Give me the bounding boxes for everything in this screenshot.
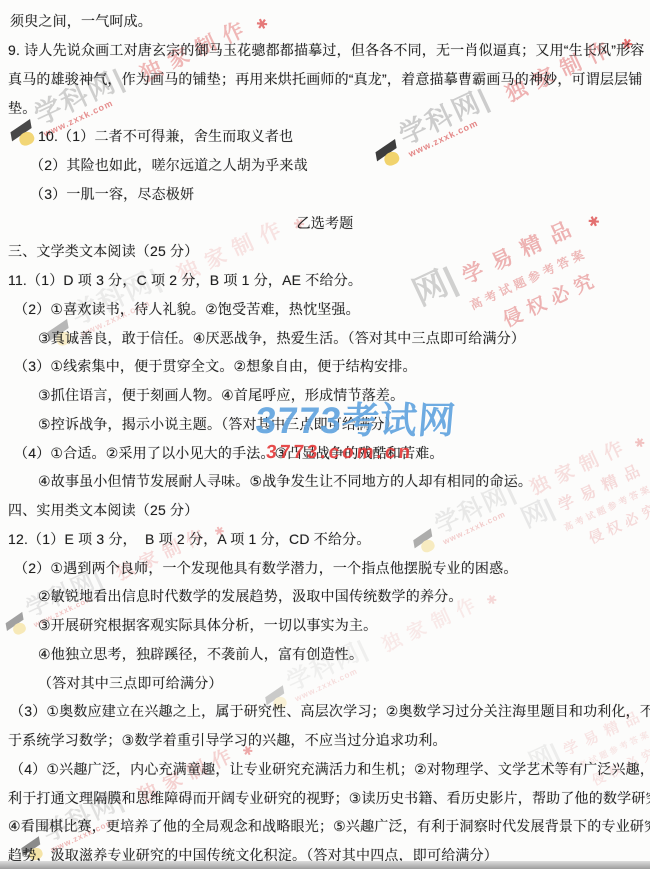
- document-page: 学科网|www.zxxk.com独家制作✱学科网|www.zxxk.com独家制…: [0, 0, 650, 869]
- text-line: ④他独立思考，独辟蹊径，不袭前人，富有创造性。: [0, 640, 650, 669]
- text-line: （4）①合适。②采用了以小见大的手法。③凸显战争的残酷和苦难。: [0, 438, 650, 467]
- text-line: 三、文学类文本阅读（25 分）: [0, 237, 650, 266]
- text-line: ③真诚善良，敢于信任。④厌恶战争，热爱生活。（答对其中三点即可给满分）: [0, 323, 650, 352]
- text-line: （2）其险也如此，嗟尔远道之人胡为乎来哉: [0, 151, 650, 180]
- document-lines: 须臾之间，一气呵成。9. 诗人先说众画工对唐玄宗的御马玉花骢都都描摹过，但各各不…: [0, 0, 650, 869]
- text-line: （3）①奥数应建立在兴趣之上，属于研究性、高层次学习；②奥数学习过分关注海里题目…: [0, 697, 650, 726]
- text-line: 四、实用类文本阅读（25 分）: [0, 496, 650, 525]
- text-line: （2）①遇到两个良师，一个发现他具有数学潜力，一个指点他摆脱专业的困惑。: [0, 553, 650, 582]
- text-line: 12.（1）E 项 3 分， B 项 2 分，A 项 1 分，CD 不给分。: [0, 525, 650, 554]
- text-line: 9. 诗人先说众画工对唐玄宗的御马玉花骢都都描摹过，但各各不同，无一肖似逼真；又…: [0, 36, 650, 65]
- text-line: 真马的雄骏神气，作为画马的铺垫；再用来烘托画师的“真龙”，着意描摹曹霸画马的神妙…: [0, 65, 650, 94]
- text-line: （4）①兴趣广泛，内心充满童趣，让专业研究充满活力和生机；②对物理学、文学艺术等…: [0, 755, 650, 784]
- text-line: ④故事虽小但情节发展耐人寻味。⑤战争发生让不同地方的人却有相同的命运。: [0, 467, 650, 496]
- text-line: （答对其中三点即可给满分）: [0, 668, 650, 697]
- text-line: （3）一肌一容，尽态极妍: [0, 180, 650, 209]
- text-line: 乙选考题: [0, 208, 650, 237]
- text-line: ③开展研究根据客观实际具体分析，一切以事实为主。: [0, 611, 650, 640]
- text-line: ④看围棋比赛，更培养了他的全局观念和战略眼光；⑤兴趣广泛，有利于洞察时代发展背景…: [0, 812, 650, 841]
- text-line: ②敏锐地看出信息时代数学的发展趋势，汲取中国传统数学的养分。: [0, 582, 650, 611]
- text-line: 10.（1）二者不可得兼，舍生而取义者也: [0, 122, 650, 151]
- text-line: 须臾之间，一气呵成。: [0, 7, 650, 36]
- text-line: 11.（1）D 项 3 分，C 项 2 分，B 项 1 分，AE 不给分。: [0, 266, 650, 295]
- text-line: ⑤控诉战争，揭示小说主题。（答对其中三点即可给满分）: [0, 410, 650, 439]
- text-line: 于系统学习数学；③数学着重引导学习的兴趣，不应当过分追求功利。: [0, 726, 650, 755]
- text-line: ③抓住语言，便于刻画人物。④首尾呼应，形成情节落差。: [0, 381, 650, 410]
- text-line: 垫。: [0, 93, 650, 122]
- scan-bottom-edge: [0, 861, 650, 869]
- text-line: 利于打通文理隔膜和思维障碍而开阔专业研究的视野；③读历史书籍、看历史影片，帮助了…: [0, 783, 650, 812]
- text-line: （3）①线索集中，便于贯穿全文。②想象自由，便于结构安排。: [0, 352, 650, 381]
- text-line: （2）①喜欢读书，待人礼貌。②饱受苦难，热忱坚强。: [0, 295, 650, 324]
